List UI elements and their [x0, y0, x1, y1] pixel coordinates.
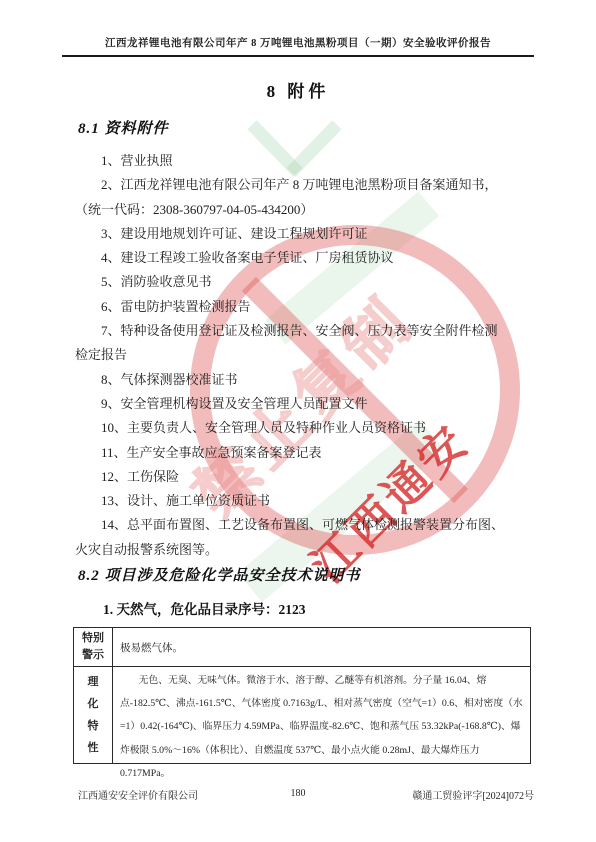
list-item-continuation: （统一代码：2308-360797-04-05-434200） — [75, 198, 535, 222]
list-item: 3、建设用地规划许可证、建设工程规划许可证 — [75, 222, 535, 246]
section-8-2-heading: 8.2 项目涉及危险化学品安全技术说明书 — [78, 564, 361, 585]
table-row-physical-properties: 理 化 特 性 无色、无臭、无味气体。微溶于水、溶于醇、乙醚等有机溶剂。分子量 … — [74, 667, 530, 763]
attachment-list: 1、营业执照 2、江西龙祥锂电池有限公司年产 8 万吨锂电池黑粉项目备案通知书，… — [75, 149, 535, 562]
row-label-special-warning: 特别 警示 — [74, 628, 113, 666]
list-item-continuation: 火灾自动报警系统图等。 — [75, 538, 535, 562]
list-item: 14、总平面布置图、工艺设备布置图、可燃气体检测报警装置分布图、 — [75, 513, 535, 537]
list-item: 6、雷电防护装置检测报告 — [75, 295, 535, 319]
header-rule — [62, 55, 534, 57]
list-item: 2、江西龙祥锂电池有限公司年产 8 万吨锂电池黑粉项目备案通知书， — [75, 173, 535, 197]
list-item: 5、消防验收意见书 — [75, 270, 535, 294]
row-label-physical-properties: 理 化 特 性 — [74, 667, 113, 763]
footer-doc-number: 赣通工贸验评字[2024]072号 — [412, 787, 534, 802]
special-warning-content: 极易燃气体。 — [113, 628, 530, 666]
label-text: 特 — [88, 715, 99, 737]
section-8-1-heading: 8.1 资料附件 — [78, 117, 169, 138]
list-item: 10、主要负责人、安全管理人员及特种作业人员资格证书 — [75, 416, 535, 440]
table-row-special-warning: 特别 警示 极易燃气体。 — [74, 628, 530, 667]
list-item: 1、营业执照 — [75, 149, 535, 173]
report-page: 禁止复制 江西通安 江西龙祥锂电池有限公司年产 8 万吨锂电池黑粉项目（一期）安… — [0, 0, 596, 842]
label-text: 警示 — [82, 647, 104, 664]
msds-table: 特别 警示 极易燃气体。 理 化 特 性 无色、无臭、无味气体。微溶于水、溶于醇… — [73, 627, 531, 764]
list-item: 4、建设工程竣工验收备案电子凭证、厂房租赁协议 — [75, 246, 535, 270]
page-header-title: 江西龙祥锂电池有限公司年产 8 万吨锂电池黑粉项目（一期）安全验收评价报告 — [62, 35, 534, 50]
list-item: 7、特种设备使用登记证及检测报告、安全阀、压力表等安全附件检测 — [75, 319, 535, 343]
list-item: 11、生产安全事故应急预案备案登记表 — [75, 441, 535, 465]
chapter-title: 8 附件 — [0, 77, 596, 102]
label-text: 化 — [88, 693, 99, 715]
list-item: 12、工伤保险 — [75, 465, 535, 489]
list-item-continuation: 检定报告 — [75, 343, 535, 367]
label-text: 性 — [88, 737, 99, 759]
list-item: 13、设计、施工单位资质证书 — [75, 489, 535, 513]
label-text: 特别 — [82, 630, 104, 647]
list-item: 8、气体探测器校准证书 — [75, 368, 535, 392]
chemical-subheading: 1. 天然气，危化品目录序号：2123 — [103, 598, 306, 618]
physical-properties-content: 无色、无臭、无味气体。微溶于水、溶于醇、乙醚等有机溶剂。分子量 16.04、熔点… — [113, 667, 530, 763]
label-text: 理 — [88, 671, 99, 693]
list-item: 9、安全管理机构设置及安全管理人员配置文件 — [75, 392, 535, 416]
